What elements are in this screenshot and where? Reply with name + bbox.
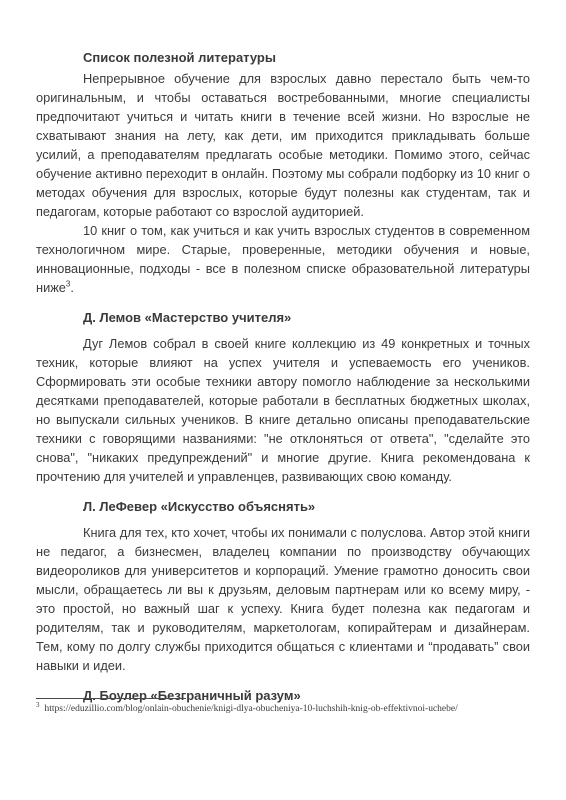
- section-body-lemov: Дуг Лемов собрал в своей книге коллекцию…: [36, 334, 530, 486]
- section-body-lefever: Книга для тех, кто хочет, чтобы их поним…: [36, 523, 530, 675]
- intro-paragraph-2: 10 книг о том, как учиться и как учить в…: [36, 221, 530, 297]
- footnote-url: https://eduzillio.com/blog/onlain-obuche…: [45, 704, 458, 714]
- footnote-line: 3https://eduzillio.com/blog/onlain-obuch…: [36, 703, 530, 716]
- footnote-area: 3https://eduzillio.com/blog/onlain-obuch…: [36, 698, 530, 716]
- intro-paragraph-2-tail: .: [70, 280, 74, 295]
- document-page: Список полезной литературы Непрерывное о…: [0, 0, 566, 800]
- footnote-separator-rule: [36, 698, 186, 699]
- intro-paragraph-1: Непрерывное обучение для взрослых давно …: [36, 69, 530, 221]
- section-heading-lemov: Д. Лемов «Мастерство учителя»: [36, 308, 530, 327]
- document-title: Список полезной литературы: [36, 48, 530, 67]
- section-heading-lefever: Л. ЛеФевер «Искусство объяснять»: [36, 497, 530, 516]
- footnote-marker: 3: [36, 701, 40, 709]
- intro-paragraph-2-text: 10 книг о том, как учиться и как учить в…: [36, 223, 530, 295]
